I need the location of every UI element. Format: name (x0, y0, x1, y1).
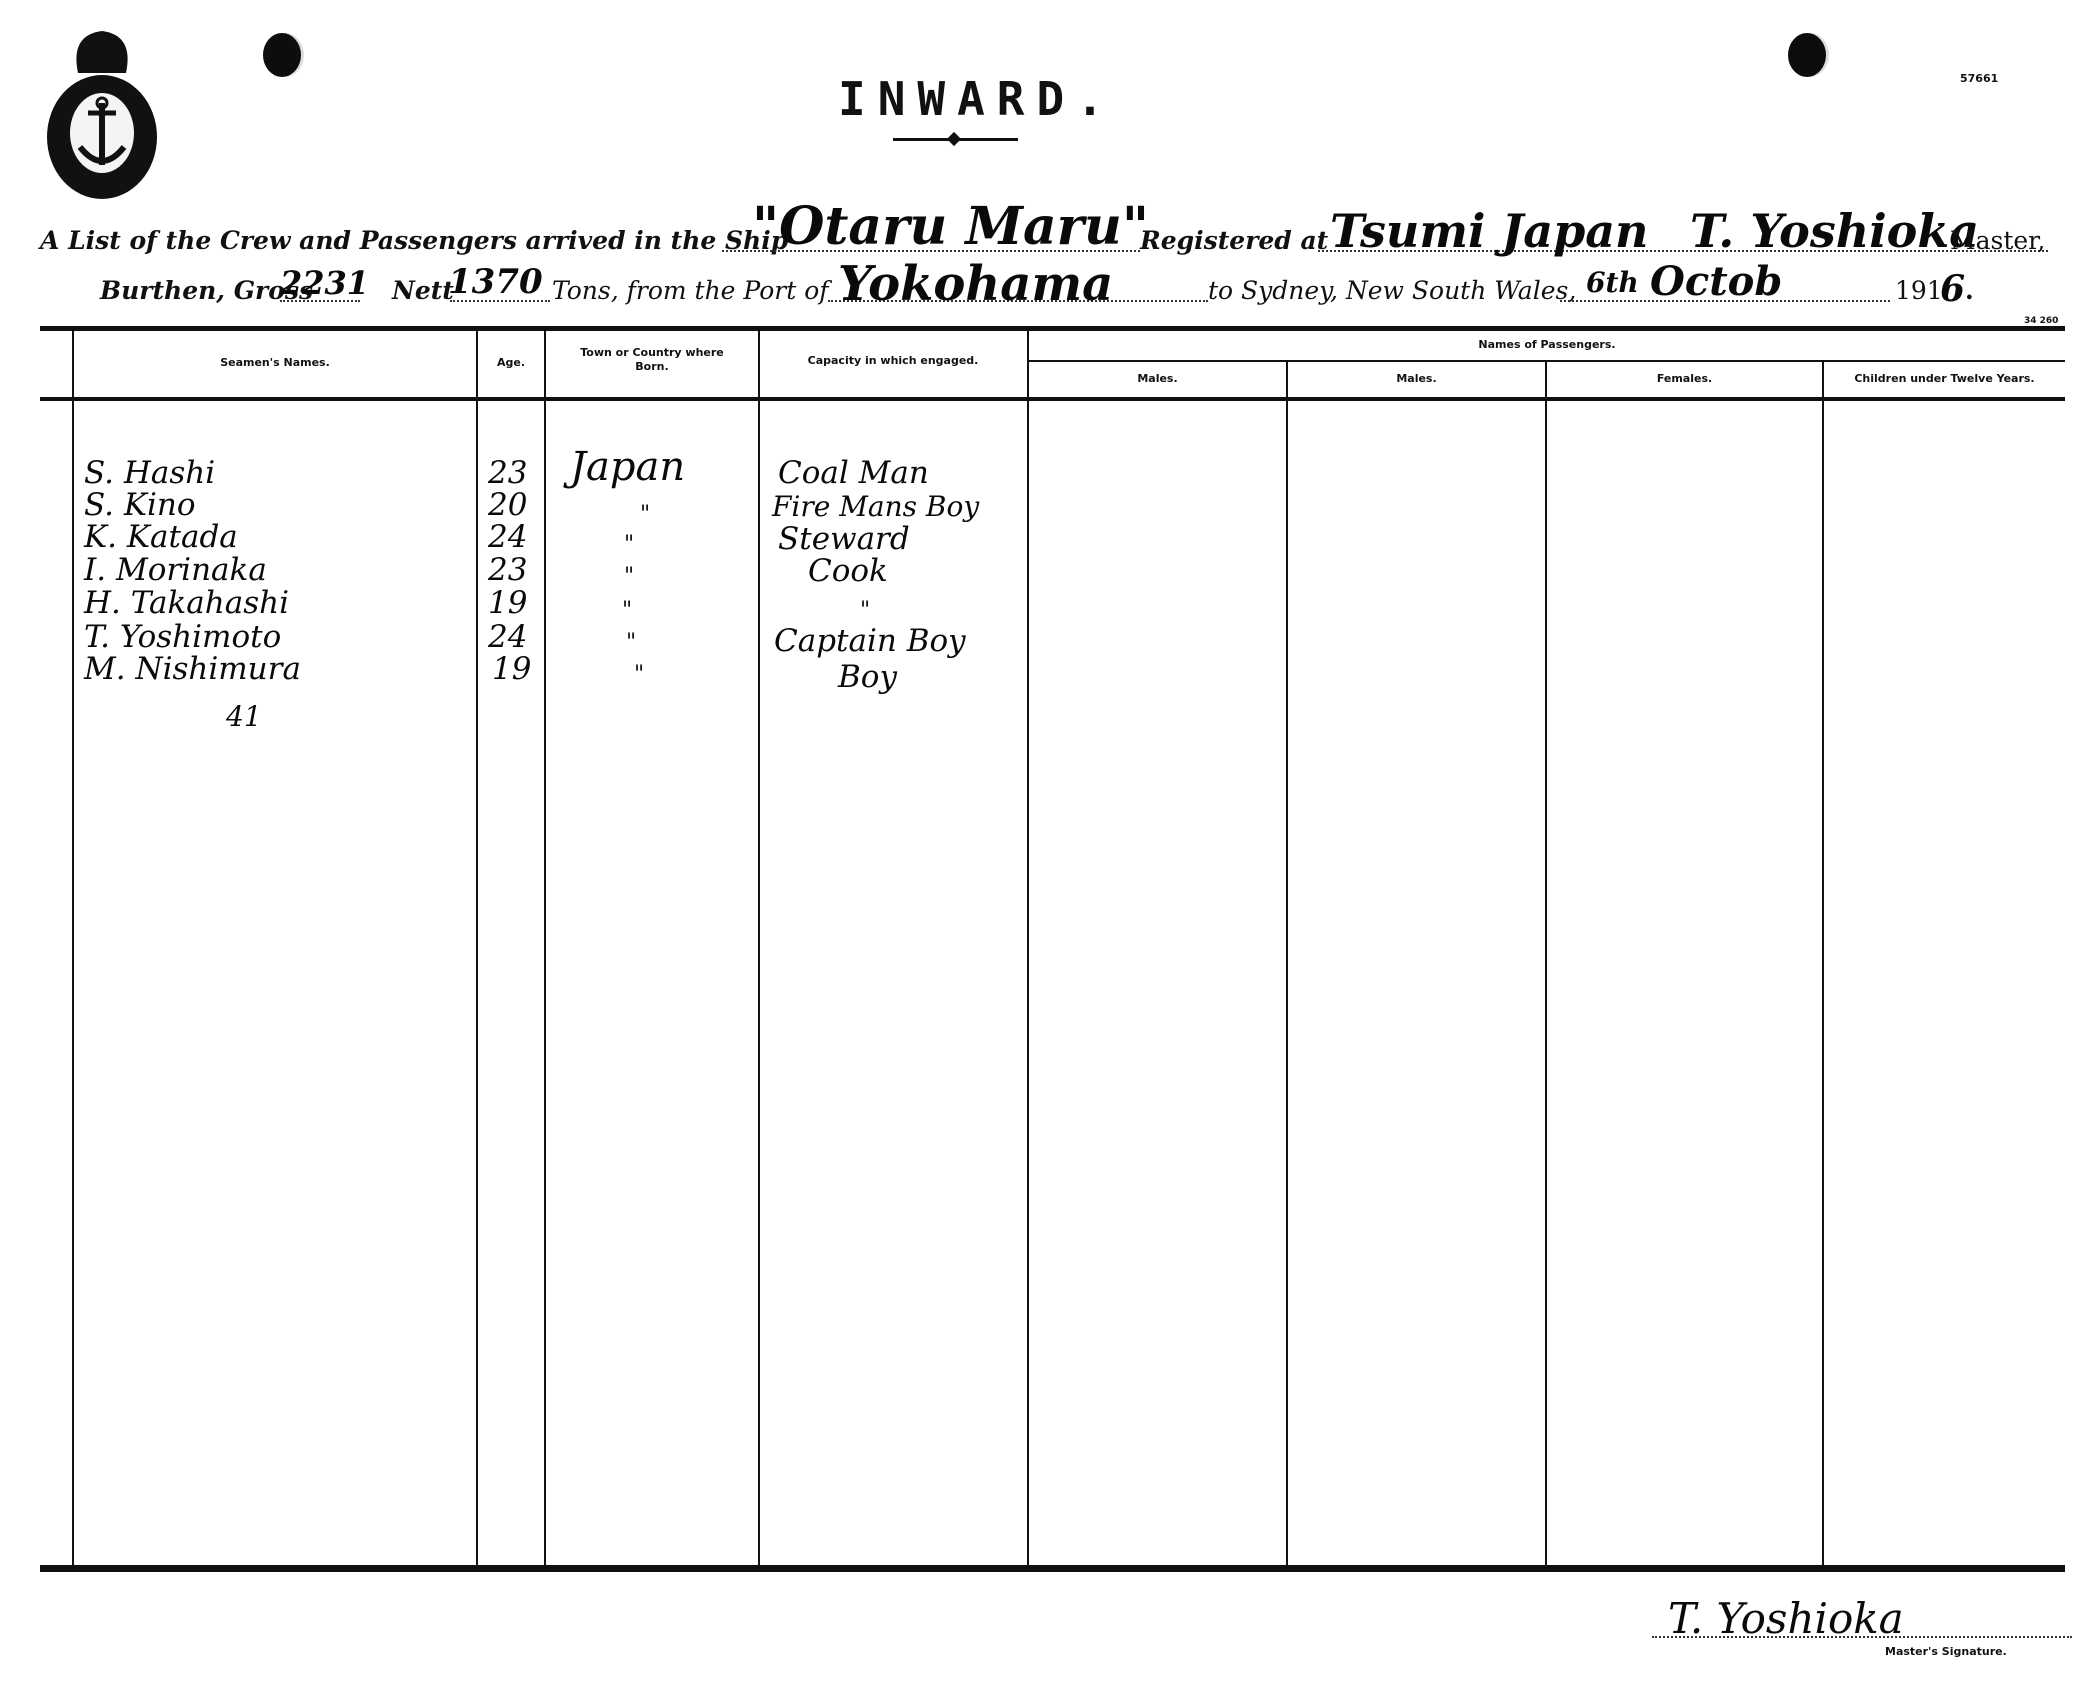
seaman-age: 19 (492, 654, 531, 684)
master-signature[interactable]: T. Yoshioka (1668, 1594, 1904, 1643)
column-line-capacity (758, 331, 760, 1567)
title-ornament (893, 138, 1018, 141)
anchor-crest-icon (40, 25, 165, 200)
column-header-age: Age. (478, 356, 544, 370)
seaman-name: M. Nishimura (84, 654, 301, 684)
seaman-name: S. Kino (84, 490, 196, 520)
nett-tons-value[interactable]: 1370 (448, 262, 543, 302)
seaman-name: K. Katada (84, 522, 238, 552)
seaman-capacity: Coal Man (778, 458, 929, 488)
seaman-name: S. Hashi (84, 458, 215, 488)
form-code: 34 260 (2024, 316, 2058, 326)
table-top-rule (40, 326, 2065, 331)
punch-hole-right (1788, 33, 1826, 77)
column-line-born (544, 331, 546, 1567)
seaman-capacity: Cook (808, 556, 888, 586)
from-port-value[interactable]: Yokohama (838, 256, 1113, 312)
registered-at-value[interactable]: Tsumi Japan (1330, 204, 1649, 258)
column-header-born: Town or Country where Born. (572, 346, 732, 374)
seaman-age: 23 (488, 555, 527, 585)
seaman-age: 20 (488, 490, 527, 520)
signature-label: Master's Signature. (1885, 1645, 2007, 1658)
tons-from-port-label: Tons, from the Port of (552, 276, 829, 305)
seaman-birthplace: " (624, 562, 634, 592)
column-header-females: Females. (1547, 372, 1822, 386)
registered-label: Registered at (1140, 226, 1328, 255)
seaman-name: H. Takahashi (84, 588, 289, 618)
seaman-age: 24 (488, 622, 527, 652)
seaman-capacity: " (860, 596, 870, 626)
column-header-seamen-names: Seamen's Names. (74, 356, 476, 370)
seaman-age: 23 (488, 458, 527, 488)
year-prefix-label: 191 (1895, 276, 1943, 305)
seaman-name: T. Yoshimoto (84, 622, 281, 652)
year-end-label: . (1965, 276, 1974, 305)
seaman-age: 19 (488, 588, 527, 618)
column-line-males-2 (1286, 361, 1288, 1567)
seaman-birthplace: " (622, 596, 632, 626)
nett-label: Nett (392, 276, 454, 305)
list-prefix-label: A List of the Crew and Passengers arrive… (40, 226, 788, 255)
ship-name-value[interactable]: "Otaru Maru" (752, 196, 1149, 257)
year-suffix-value[interactable]: 6 (1940, 268, 1965, 310)
column-line-females (1545, 361, 1547, 1567)
seaman-birthplace: " (624, 530, 634, 560)
table-bottom-rule (40, 1565, 2065, 1572)
page-title: INWARD. (838, 72, 1116, 126)
column-line-passengers (1027, 331, 1029, 1567)
column-header-children: Children under Twelve Years. (1824, 372, 2065, 386)
header-bottom-rule (40, 397, 2065, 401)
seaman-capacity: Captain Boy (774, 626, 966, 656)
master-name-value[interactable]: T. Yoshioka (1690, 204, 1979, 258)
column-header-capacity: Capacity in which engaged. (760, 354, 1026, 368)
seaman-capacity: Boy (838, 662, 897, 692)
seaman-birthplace: " (634, 660, 644, 690)
column-header-passengers: Names of Passengers. (1029, 338, 2065, 352)
column-line-children (1822, 361, 1824, 1567)
crew-tally: 41 (226, 702, 262, 732)
seaman-birthplace: " (640, 500, 650, 530)
gross-tons-value[interactable]: 2231 (280, 264, 369, 302)
column-header-males-2: Males. (1288, 372, 1545, 386)
day-value[interactable]: 6th (1586, 266, 1639, 299)
seaman-capacity: Steward (778, 524, 910, 554)
destination-label: to Sydney, New South Wales, (1208, 276, 1576, 305)
column-header-males-1: Males. (1029, 372, 1286, 386)
form-number: 57661 (1960, 72, 1998, 85)
punch-hole-left (263, 33, 301, 77)
seaman-birthplace: Japan (570, 452, 685, 482)
month-value[interactable]: Octob (1650, 258, 1782, 305)
seaman-age: 24 (488, 522, 527, 552)
seaman-name: I. Morinaka (84, 555, 267, 585)
master-label: Master, (1950, 226, 2045, 255)
seaman-capacity: Fire Mans Boy (772, 492, 979, 522)
seaman-birthplace: " (626, 628, 636, 658)
column-line-left (72, 331, 74, 1567)
column-line-age (476, 331, 478, 1567)
